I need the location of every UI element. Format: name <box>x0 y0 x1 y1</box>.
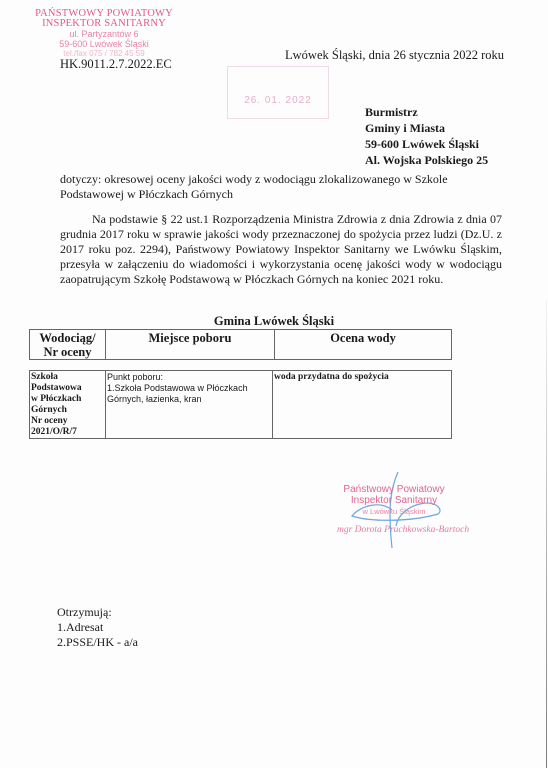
signatory-name: mgr Dorota Pruchkowska-Bartoch <box>337 525 469 535</box>
signature-stamp-line: w Lwówku Śląskim <box>328 506 460 517</box>
place-date: Lwówek Śląski, dnia 26 stycznia 2022 rok… <box>285 48 504 63</box>
table-row: Szkoła Podstawowa w Płóczkach Górnych Nr… <box>30 371 452 439</box>
office-stamp-line: ul. Partyzantów 6 <box>34 29 174 39</box>
subject-line: dotyczy: okresowej oceny jakości wody z … <box>60 172 500 202</box>
cell-line: w Płóczkach <box>31 394 104 405</box>
recipient-line: 59-600 Lwówek Śląski <box>365 136 488 152</box>
cell-ocena: woda przydatna do spożycia <box>273 371 452 439</box>
header-cell-wodociag: Wodociąg/ Nr oceny <box>30 330 106 360</box>
signature-stamp: Państwowy Powiatowy Inspektor Sanitarny … <box>328 484 460 517</box>
cell-line: Górnych, łazienka, kran <box>107 394 271 405</box>
cell-line: 1.Szkoła Podstawowa w Płóczkach <box>107 383 271 394</box>
cell-miejsce: Punkt poboru: 1.Szkoła Podstawowa w Płóc… <box>106 371 273 439</box>
results-table: Szkoła Podstawowa w Płóczkach Górnych Nr… <box>29 370 452 439</box>
distribution-item: 1.Adresat <box>57 620 138 635</box>
scan-edge <box>546 300 547 768</box>
distribution-title: Otrzymują: <box>57 605 138 620</box>
received-stamp: 26. 01. 2022 <box>227 66 329 119</box>
body-paragraph: Na podstawie § 22 ust.1 Rozporządzenia M… <box>60 212 502 287</box>
header-cell-miejsce: Miejsce poboru <box>106 330 275 360</box>
cell-line: 2021/O/R/7 <box>31 427 104 438</box>
recipient-line: Burmistrz <box>365 104 488 120</box>
recipient-line: Al. Wojska Polskiego 25 <box>365 152 488 168</box>
distribution-item: 2.PSSE/HK - a/a <box>57 635 138 650</box>
header-cell-ocena: Ocena wody <box>275 330 452 360</box>
cell-line: Górnych <box>31 405 104 416</box>
results-table-header: Wodociąg/ Nr oceny Miejsce poboru Ocena … <box>29 329 452 360</box>
signature-stamp-line: Państwowy Powiatowy <box>328 484 460 495</box>
received-stamp-date: 26. 01. 2022 <box>228 95 328 106</box>
distribution-list: Otrzymują: 1.Adresat 2.PSSE/HK - a/a <box>57 605 138 650</box>
cell-wodociag: Szkoła Podstawowa w Płóczkach Górnych Nr… <box>30 371 106 439</box>
table-title: Gmina Lwówek Śląski <box>0 314 548 329</box>
recipient-line: Gminy i Miasta <box>365 120 488 136</box>
office-stamp: PAŃSTWOWY POWIATOWY INSPEKTOR SANITARNY … <box>34 9 174 59</box>
cell-line: Punkt poboru: <box>107 372 271 383</box>
recipient-address: Burmistrz Gminy i Miasta 59-600 Lwówek Ś… <box>365 104 488 168</box>
office-stamp-line: INSPEKTOR SANITARNY <box>34 19 174 29</box>
office-stamp-line: 59-600 Lwówek Śląski <box>34 39 174 49</box>
signature-stamp-line: Inspektor Sanitarny <box>328 495 460 506</box>
reference-number: HK.9011.2.7.2022.EC <box>60 57 172 72</box>
cell-line: Szkoła <box>31 372 104 383</box>
cell-line: Nr oceny <box>31 416 104 427</box>
cell-line: Podstawowa <box>31 383 104 394</box>
